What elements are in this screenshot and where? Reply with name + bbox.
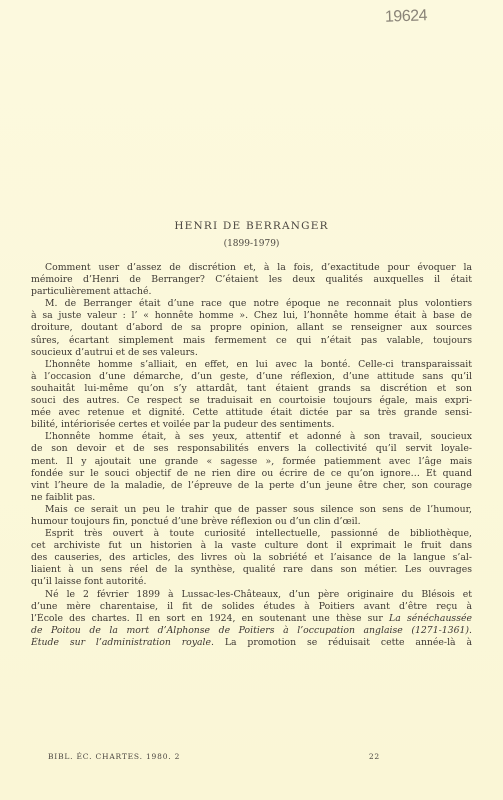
text-line: Né le 2 février 1899 à Lussac-les-Châtea… (31, 589, 472, 601)
text-line: L’honnête homme était, à ses yeux, atten… (31, 431, 472, 443)
text-line: ment. Il y ajoutait une grande « sagesse… (31, 456, 472, 468)
text-line: humour toujours fin, ponctué d’une brève… (31, 516, 472, 528)
text-line: souci des autres. Ce respect se traduisa… (31, 395, 472, 407)
text-line: à l’occasion d’une démarche, d’un geste,… (31, 371, 472, 383)
text-line: vint l’heure de la maladie, de l’épreuve… (31, 480, 472, 492)
text-line: particulièrement attaché. (31, 286, 472, 298)
document-page: 19624 HENRI DE BERRANGER (1899-1979) Com… (0, 0, 503, 800)
text-line: M. de Berranger était d’une race que not… (31, 298, 472, 310)
text-line: soucieux d’autrui et de ses valeurs. (31, 347, 472, 359)
text-line: d’une mère charentaise, il fit de solide… (31, 601, 472, 613)
text-line: de Poitou de la mort d’Alphonse de Poiti… (31, 625, 472, 637)
text-line: liaient à un sens réel de la synthèse, q… (31, 564, 472, 576)
text-line: cet archiviste fut un historien à la vas… (31, 540, 472, 552)
text-line: fondée sur le souci objectif de ne rien … (31, 468, 472, 480)
text-line: L’honnête homme s’alliait, en effet, en … (31, 359, 472, 371)
text-line: droiture, doutant d’abord de sa propre o… (31, 322, 472, 334)
text-line: souhaitât lui-même qu’on s’y attardât, t… (31, 383, 472, 395)
italic-title: La sénéchaussée (389, 613, 472, 624)
text-line: sûres, écartant simplement mais fermemen… (31, 335, 472, 347)
italic-title: Étude sur l’administration royale. (31, 637, 214, 648)
page-number: 22 (369, 752, 380, 761)
italic-title: de Poitou de la mort d’Alphonse de Poiti… (31, 625, 472, 636)
text-line: mée avec retenue et dignité. Cette attit… (31, 407, 472, 419)
article-body: Comment user d’assez de discrétion et, à… (31, 262, 472, 649)
text-line: à sa juste valeur : l’ « honnête homme »… (31, 310, 472, 322)
text-line: Étude sur l’administration royale. La pr… (31, 637, 472, 649)
handwritten-annotation: 19624 (385, 7, 428, 26)
text-line: ne faiblit pas. (31, 492, 472, 504)
text-line: Comment user d’assez de discrétion et, à… (31, 262, 472, 274)
text-line: de son devoir et de ses responsabilités … (31, 443, 472, 455)
text-line: l’École des chartes. Il en sort en 1924,… (31, 613, 472, 625)
text-line: Mais ce serait un peu le trahir que de p… (31, 504, 472, 516)
article-title: HENRI DE BERRANGER (0, 220, 503, 232)
text-line: Esprit très ouvert à toute curiosité int… (31, 528, 472, 540)
text-line: bilité, intériorisée certes et voilée pa… (31, 419, 472, 431)
text-line: des causeries, des articles, des livres … (31, 552, 472, 564)
text-line: mémoire d’Henri de Berranger? C’étaient … (31, 274, 472, 286)
journal-citation: BIBL. ÉC. CHARTES. 1980. 2 (48, 752, 180, 761)
page-footer: BIBL. ÉC. CHARTES. 1980. 2 22 (48, 752, 380, 761)
text-line: qu’il laisse font autorité. (31, 576, 472, 588)
article-dates: (1899-1979) (0, 239, 503, 249)
